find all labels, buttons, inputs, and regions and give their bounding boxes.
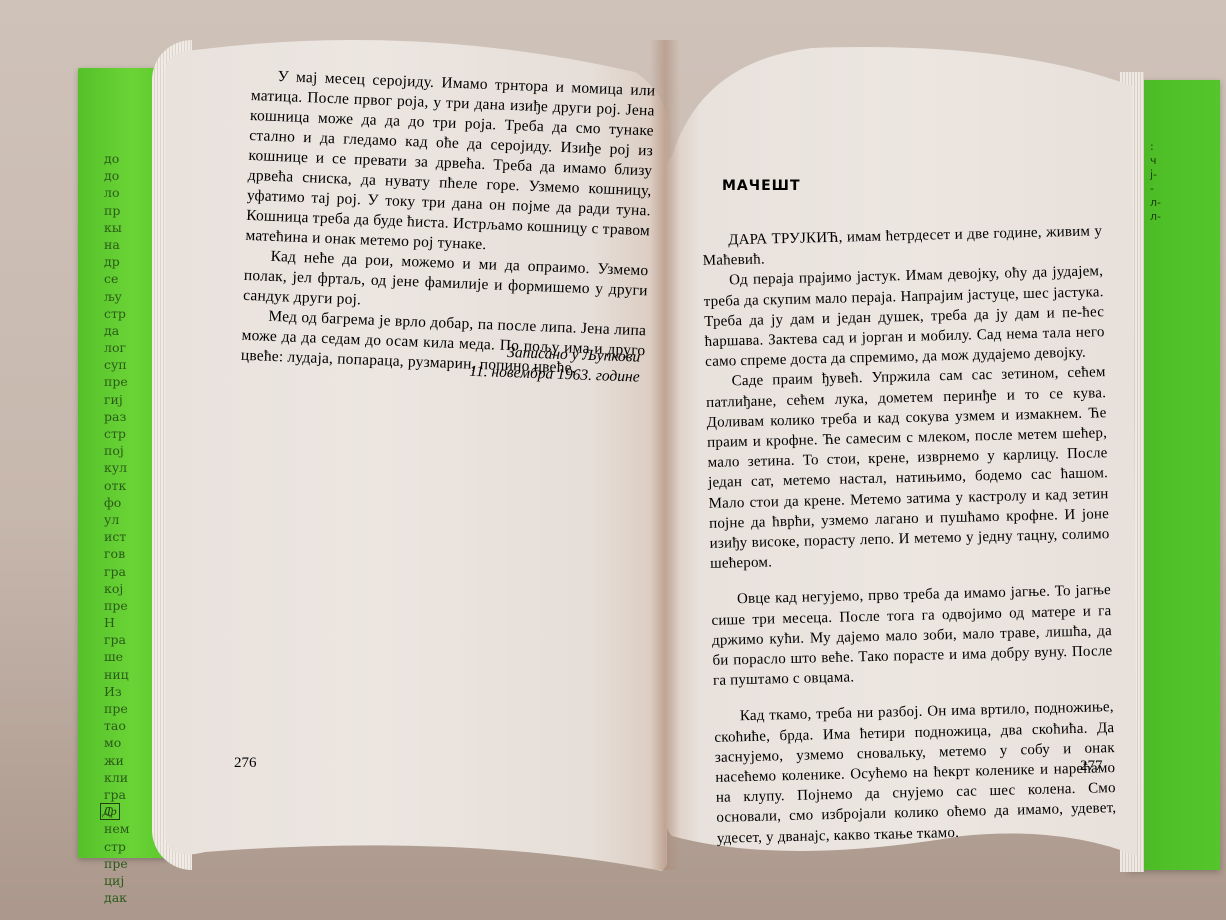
- cover-text-fragment: до: [104, 167, 154, 184]
- cover-text-fragment: суп: [104, 356, 154, 373]
- left-page-body: У мај месец серојиду. Имамо трнтора и мо…: [240, 66, 655, 381]
- cover-text-fragment: стр: [104, 305, 154, 322]
- cover-text-fragment: дак: [104, 889, 154, 906]
- cover-text-fragment: др: [104, 253, 154, 270]
- cover-text-fragment: Н: [104, 614, 154, 631]
- cover-text-fragment: љу: [104, 288, 154, 305]
- cover-behind-text: додолопркынадрсељустрдалогсуппрегијразст…: [104, 150, 154, 906]
- cover-text-fragment: гов: [104, 545, 154, 562]
- cover-text-fragment: пре: [104, 597, 154, 614]
- cover-text-fragment: пој: [104, 442, 154, 459]
- page-number-left: 276: [234, 755, 257, 772]
- cover-text-fragment: Из: [104, 683, 154, 700]
- recording-note: Записано у Љупкови 11. новембра 1963. го…: [429, 340, 640, 387]
- cover-text-fragment: кој: [104, 580, 154, 597]
- cover-text-fragment: до: [104, 150, 154, 167]
- cover-text-fragment: на: [104, 236, 154, 253]
- cover-text-fragment: кы: [104, 219, 154, 236]
- cover-text-fragment: гра: [104, 563, 154, 580]
- page-number-right: 277: [1080, 758, 1103, 775]
- paragraph: Од пераја прајимо јастук. Имам девојку, …: [703, 262, 1105, 373]
- cover-text-fragment: тао: [104, 717, 154, 734]
- paragraph: Саде праим ђувећ. Упржила сам сас зетино…: [705, 363, 1110, 575]
- cover-text-fragment: ист: [104, 528, 154, 545]
- cover-label: Др: [100, 803, 120, 820]
- cover-mark: ј-: [1150, 168, 1161, 182]
- cover-text-fragment: раз: [104, 408, 154, 425]
- cover-text-fragment: фо: [104, 494, 154, 511]
- book-gutter: [650, 40, 680, 870]
- cover-text-fragment: нем: [104, 820, 154, 837]
- cover-text-fragment: пре: [104, 855, 154, 872]
- cover-text-fragment: отк: [104, 477, 154, 494]
- cover-text-fragment: кли: [104, 769, 154, 786]
- paragraph: Овце кад негујемо, прво треба да имамо ј…: [711, 581, 1113, 692]
- cover-mark: :: [1150, 140, 1161, 154]
- cover-text-fragment: лог: [104, 339, 154, 356]
- cover-text-fragment: ло: [104, 184, 154, 201]
- cover-mark: -: [1150, 182, 1161, 196]
- cover-text-fragment: се: [104, 270, 154, 287]
- cover-text-fragment: жи: [104, 752, 154, 769]
- cover-text-fragment: стр: [104, 425, 154, 442]
- chapter-title: МАЧЕШТ: [722, 178, 801, 194]
- cover-mark: л-: [1150, 210, 1161, 224]
- cover-text-fragment: да: [104, 322, 154, 339]
- book-photo-scene: додолопркынадрсељустрдалогсуппрегијразст…: [0, 0, 1226, 920]
- cover-text-fragment: циј: [104, 872, 154, 889]
- paragraph: У мај месец серојиду. Имамо трнтора и мо…: [245, 66, 656, 261]
- cover-text-fragment: ул: [104, 511, 154, 528]
- cover-text-fragment: кул: [104, 459, 154, 476]
- cover-text-fragment: ниц: [104, 666, 154, 683]
- cover-text-fragment: мо: [104, 734, 154, 751]
- cover-text-fragment: гра: [104, 631, 154, 648]
- cover-text-fragment: пре: [104, 373, 154, 390]
- cover-text-fragment: ше: [104, 648, 154, 665]
- cover-text-fragment: пре: [104, 700, 154, 717]
- cover-text-fragment: гра: [104, 786, 154, 803]
- cover-text-fragment: гиј: [104, 391, 154, 408]
- paragraph: Кад ткамо, треба ни разбој. Он има вртил…: [714, 698, 1117, 849]
- right-page-body: ДАРА ТРУЈКИЋ, имам ћетрдесет и две годин…: [702, 221, 1117, 848]
- cover-text-fragment: стр: [104, 838, 154, 855]
- cover-mark: ч: [1150, 154, 1161, 168]
- cover-right-marks: :чј--л-л-: [1150, 140, 1161, 224]
- cover-mark: л-: [1150, 196, 1161, 210]
- cover-text-fragment: пр: [104, 202, 154, 219]
